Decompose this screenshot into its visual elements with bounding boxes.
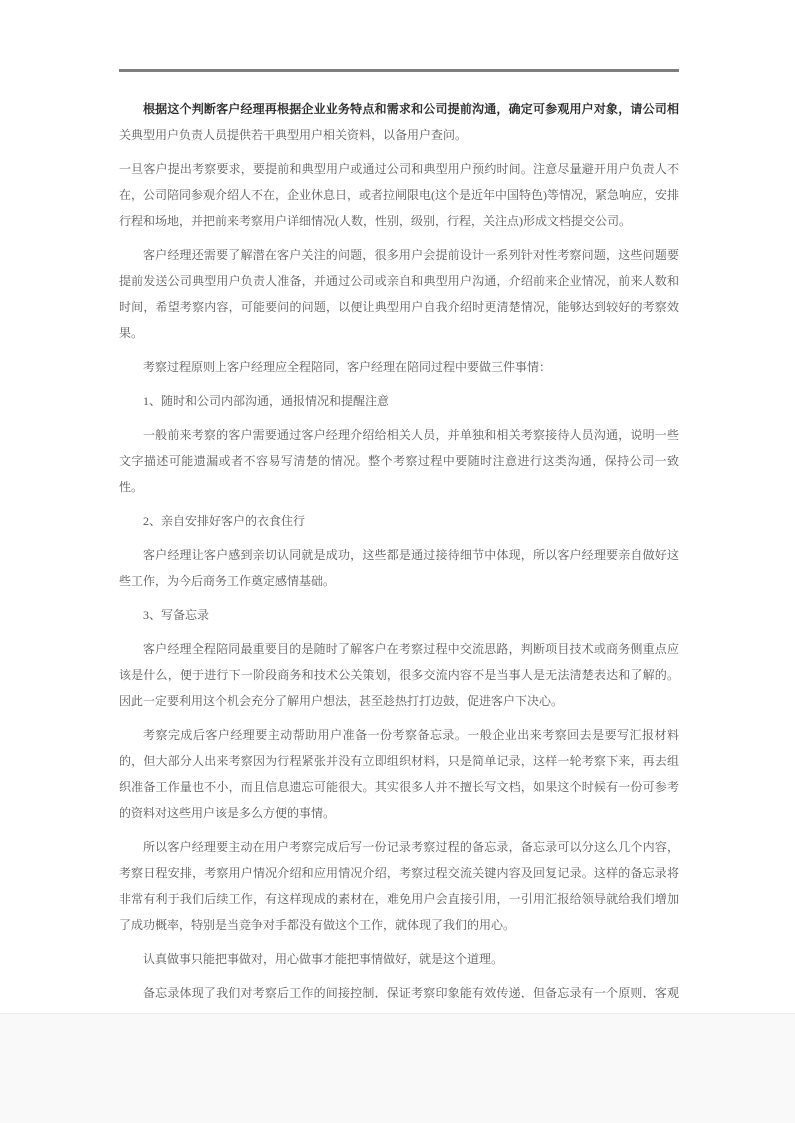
paragraph: 考察过程原则上客户经理应全程陪同，客户经理在陪同过程中要做三件事情： (119, 354, 679, 380)
paragraph: 认真做事只能把事做对，用心做事才能把事情做好，就是这个道理。 (119, 946, 679, 972)
page-bottom-gap (0, 1013, 795, 1123)
paragraph: 所以客户经理要主动在用户考察完成后写一份记录考察过程的备忘录，备忘录可以分这么几… (119, 834, 679, 938)
numbered-item-3: 3、写备忘录 (119, 602, 679, 628)
paragraph: 考察完成后客户经理要主动帮助用户准备一份考察备忘录。一般企业出来考察回去是要写汇… (119, 722, 679, 826)
document-text-body: 根据这个判断客户经理再根据企业业务特点和需求和公司提前沟通，确定可参观用户对象，… (119, 96, 679, 998)
paragraph-text: 关典型用户负责人员提供若干典型用户相关资料，以备用户查问。 (119, 128, 467, 142)
numbered-item-2: 2、亲自安排好客户的衣食住行 (119, 508, 679, 534)
paragraph: 根据这个判断客户经理再根据企业业务特点和需求和公司提前沟通，确定可参观用户对象，… (119, 96, 679, 148)
paragraph: 客户经理全程陪同最重要目的是随时了解客户在考察过程中交流思路，判断项目技术或商务… (119, 636, 679, 714)
numbered-item-1: 1、随时和公司内部沟通，通报情况和提醒注意 (119, 388, 679, 414)
paragraph: 客户经理还需要了解潜在客户关注的问题，很多用户会提前设计一系列针对性考察问题，这… (119, 242, 679, 346)
paragraph-clipped: 备忘录体现了我们对考察后工作的间接控制，保证考察印象能有效传递，但备忘录有一个原… (119, 980, 679, 998)
paragraph: 客户经理让客户感到亲切认同就是成功，这些都是通过接待细节中体现，所以客户经理要亲… (119, 542, 679, 594)
paragraph: 一旦客户提出考察要求，要提前和典型用户或通过公司和典型用户预约时间。注意尽量避开… (119, 156, 679, 234)
paragraph: 一般前来考察的客户需要通过客户经理介绍给相关人员，并单独和相关考察接待人员沟通，… (119, 422, 679, 500)
paragraph-bold-lead: 根据这个判断客户经理再根据企业业务特点和需求和公司提前沟通，确定可参观用户对象，… (143, 102, 679, 116)
document-page: 根据这个判断客户经理再根据企业业务特点和需求和公司提前沟通，确定可参观用户对象，… (0, 0, 795, 1123)
header-rule-divider (119, 69, 679, 72)
